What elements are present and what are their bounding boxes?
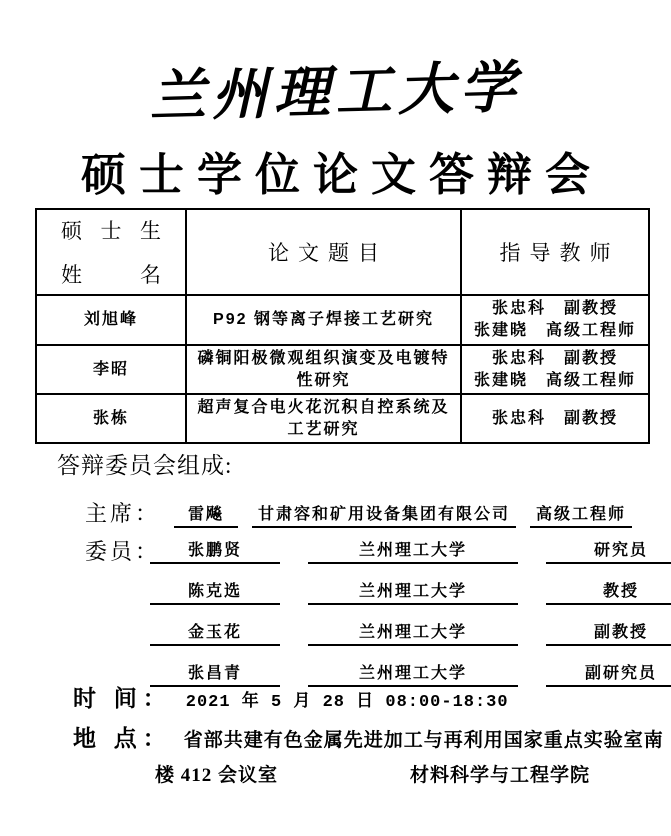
committee-chair-row: 主席： 雷飚 甘肃容和矿用设备集团有限公司 高级工程师 — [85, 497, 632, 528]
header-thesis-title: 论文题目 — [186, 209, 461, 295]
member-affiliation: 兰州理工大学 — [308, 619, 518, 646]
page-title: 硕士学位论文答辩会 — [0, 138, 671, 203]
thesis-title-cell: 磷铜阳极微观组织演变及电镀特性研究 — [186, 345, 461, 394]
student-name-cell: 张栋 — [36, 394, 186, 443]
location-room: 楼 412 会议室 — [155, 760, 278, 787]
table-row: 张栋 超声复合电火花沉积自控系统及工艺研究 张忠科 副教授 — [36, 394, 649, 443]
student-name-cell: 李昭 — [36, 345, 186, 394]
header-advisor: 指导教师 — [461, 209, 649, 295]
table-header-row: 硕 士 生 姓 名 论文题目 指导教师 — [36, 209, 649, 295]
location-row: 地 点： 省部共建有色金属先进加工与再利用国家重点实验室南 — [73, 720, 664, 753]
university-logo-calligraphy: 兰州理工大学 — [0, 39, 671, 137]
header-student-char: 名 — [140, 259, 161, 289]
time-label: 时 间： — [73, 680, 172, 713]
advisor-line: 张建晓 高级工程师 — [466, 370, 644, 392]
member-name: 陈克选 — [150, 578, 280, 605]
committee-members-list: 张鹏贤 兰州理工大学 研究员 陈克选 兰州理工大学 教授 金玉花 兰州理工大学 … — [150, 537, 671, 687]
header-student-char: 生 — [140, 215, 161, 245]
advisor-cell: 张忠科 副教授 张建晓 高级工程师 — [461, 345, 649, 394]
member-title: 副研究员 — [546, 660, 671, 687]
header-student-char: 士 — [101, 215, 122, 245]
chair-name: 雷飚 — [174, 501, 238, 528]
member-affiliation: 兰州理工大学 — [308, 578, 518, 605]
location-line1: 省部共建有色金属先进加工与再利用国家重点实验室南 — [184, 725, 664, 752]
header-student-name: 硕 士 生 姓 名 — [36, 209, 186, 295]
member-affiliation: 兰州理工大学 — [308, 537, 518, 564]
defense-announcement-document: { "page": { "logo_text": "兰州理工大学", "titl… — [0, 0, 671, 836]
chair-title: 高级工程师 — [530, 501, 632, 528]
thesis-title-cell: 超声复合电火花沉积自控系统及工艺研究 — [186, 394, 461, 443]
table-row: 刘旭峰 P92 钢等离子焊接工艺研究 张忠科 副教授 张建晓 高级工程师 — [36, 295, 649, 345]
time-row: 时 间： 2021 年 5 月 28 日 08:00-18:30 — [73, 680, 509, 713]
defense-table: 硕 士 生 姓 名 论文题目 指导教师 刘旭峰 P92 钢等离子焊接工艺研究 张… — [35, 208, 650, 444]
member-title: 研究员 — [546, 537, 671, 564]
advisor-line: 张忠科 副教授 — [466, 348, 644, 370]
member-title: 副教授 — [546, 619, 671, 646]
advisor-cell: 张忠科 副教授 — [461, 394, 649, 443]
chair-affiliation: 甘肃容和矿用设备集团有限公司 — [252, 501, 516, 528]
table-row: 李昭 磷铜阳极微观组织演变及电镀特性研究 张忠科 副教授 张建晓 高级工程师 — [36, 345, 649, 394]
advisor-cell: 张忠科 副教授 张建晓 高级工程师 — [461, 295, 649, 345]
thesis-title-cell: P92 钢等离子焊接工艺研究 — [186, 295, 461, 345]
location-line2-row: 楼 412 会议室 材料科学与工程学院 — [155, 760, 590, 787]
advisor-line: 张忠科 副教授 — [466, 298, 644, 320]
time-value: 2021 年 5 月 28 日 08:00-18:30 — [186, 686, 509, 712]
location-label: 地 点： — [73, 720, 172, 753]
committee-heading: 答辩委员会组成: — [57, 447, 232, 480]
members-label: 委员： — [85, 535, 160, 566]
header-student-char: 姓 — [61, 259, 82, 289]
advisor-line: 张建晓 高级工程师 — [466, 320, 644, 342]
header-student-char: 硕 — [61, 215, 82, 245]
member-name: 张鹏贤 — [150, 537, 280, 564]
advisor-line: 张忠科 副教授 — [466, 408, 644, 430]
chair-label: 主席： — [85, 497, 160, 528]
member-title: 教授 — [546, 578, 671, 605]
department-name: 材料科学与工程学院 — [410, 760, 590, 787]
member-name: 金玉花 — [150, 619, 280, 646]
student-name-cell: 刘旭峰 — [36, 295, 186, 345]
